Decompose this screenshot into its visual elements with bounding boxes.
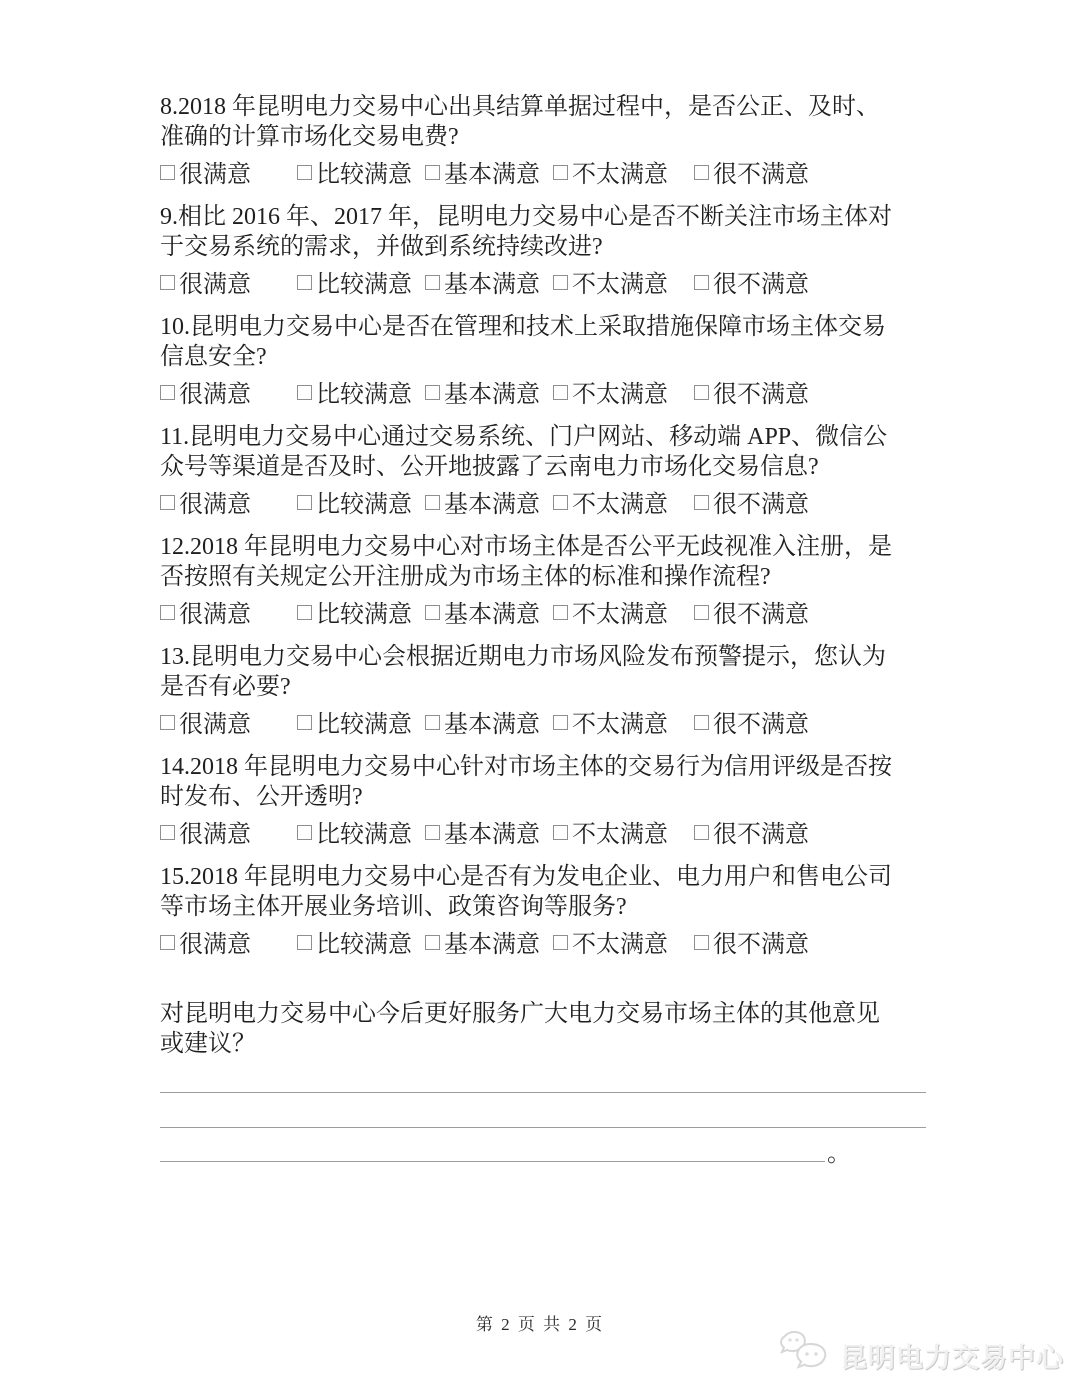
checkbox-icon[interactable] bbox=[297, 935, 312, 950]
option-basically-satisfied[interactable]: 基本满意 bbox=[425, 603, 540, 627]
checkbox-icon[interactable] bbox=[694, 935, 709, 950]
option-basically-satisfied[interactable]: 基本满意 bbox=[425, 933, 540, 957]
checkbox-icon[interactable] bbox=[160, 935, 175, 950]
checkbox-icon[interactable] bbox=[553, 495, 568, 510]
question-text: 11.昆明电力交易中心通过交易系统、门户网站、移动端 APP、微信公 众号等渠道… bbox=[160, 422, 926, 482]
option-very-satisfied[interactable]: 很满意 bbox=[160, 163, 251, 187]
option-very-unsatisfied[interactable]: 很不满意 bbox=[694, 493, 809, 517]
question-text: 15.2018 年昆明电力交易中心是否有为发电企业、电力用户和售电公司 等市场主… bbox=[160, 862, 926, 922]
option-fairly-satisfied[interactable]: 比较满意 bbox=[297, 933, 412, 957]
option-very-satisfied[interactable]: 很满意 bbox=[160, 603, 251, 627]
checkbox-icon[interactable] bbox=[694, 495, 709, 510]
option-label: 很不满意 bbox=[713, 492, 809, 518]
checkbox-icon[interactable] bbox=[160, 605, 175, 620]
option-fairly-satisfied[interactable]: 比较满意 bbox=[297, 713, 412, 737]
question-text: 13.昆明电力交易中心会根据近期电力市场风险发布预警提示，您认为 是否有必要? bbox=[160, 642, 926, 702]
option-label: 不太满意 bbox=[572, 602, 668, 628]
checkbox-icon[interactable] bbox=[297, 825, 312, 840]
option-label: 不太满意 bbox=[572, 932, 668, 958]
survey-content: 8.2018 年昆明电力交易中心出具结算单据过程中，是否公正、及时、 准确的计算… bbox=[160, 92, 926, 1162]
question-block-9: 9.相比 2016 年、2017 年，昆明电力交易中心是否不断关注市场主体对 于… bbox=[160, 202, 926, 297]
checkbox-icon[interactable] bbox=[694, 715, 709, 730]
option-very-unsatisfied[interactable]: 很不满意 bbox=[694, 163, 809, 187]
checkbox-icon[interactable] bbox=[425, 275, 440, 290]
checkbox-icon[interactable] bbox=[694, 605, 709, 620]
option-label: 很不满意 bbox=[713, 382, 809, 408]
question-options: 很满意比较满意基本满意不太满意很不满意 bbox=[160, 933, 926, 957]
checkbox-icon[interactable] bbox=[297, 275, 312, 290]
option-label: 基本满意 bbox=[444, 382, 540, 408]
option-label: 基本满意 bbox=[444, 712, 540, 738]
option-fairly-satisfied[interactable]: 比较满意 bbox=[297, 493, 412, 517]
option-label: 很不满意 bbox=[713, 272, 809, 298]
question-text: 9.相比 2016 年、2017 年，昆明电力交易中心是否不断关注市场主体对 于… bbox=[160, 202, 926, 262]
option-label: 不太满意 bbox=[572, 822, 668, 848]
option-label: 比较满意 bbox=[316, 162, 412, 188]
comments-section: 对昆明电力交易中心今后更好服务广大电力交易市场主体的其他意见 或建议？ 。 bbox=[160, 999, 926, 1162]
option-label: 很满意 bbox=[179, 382, 251, 408]
checkbox-icon[interactable] bbox=[694, 385, 709, 400]
option-label: 基本满意 bbox=[444, 602, 540, 628]
option-not-satisfied[interactable]: 不太满意 bbox=[553, 933, 668, 957]
question-block-11: 11.昆明电力交易中心通过交易系统、门户网站、移动端 APP、微信公 众号等渠道… bbox=[160, 422, 926, 517]
checkbox-icon[interactable] bbox=[553, 385, 568, 400]
option-very-satisfied[interactable]: 很满意 bbox=[160, 933, 251, 957]
question-options: 很满意比较满意基本满意不太满意很不满意 bbox=[160, 273, 926, 297]
checkbox-icon[interactable] bbox=[297, 495, 312, 510]
option-very-unsatisfied[interactable]: 很不满意 bbox=[694, 823, 809, 847]
checkbox-icon[interactable] bbox=[297, 385, 312, 400]
checkbox-icon[interactable] bbox=[553, 825, 568, 840]
option-very-satisfied[interactable]: 很满意 bbox=[160, 493, 251, 517]
checkbox-icon[interactable] bbox=[160, 165, 175, 180]
question-text: 14.2018 年昆明电力交易中心针对市场主体的交易行为信用评级是否按 时发布、… bbox=[160, 752, 926, 812]
checkbox-icon[interactable] bbox=[553, 935, 568, 950]
option-label: 很满意 bbox=[179, 712, 251, 738]
option-not-satisfied[interactable]: 不太满意 bbox=[553, 823, 668, 847]
question-block-14: 14.2018 年昆明电力交易中心针对市场主体的交易行为信用评级是否按 时发布、… bbox=[160, 752, 926, 847]
checkbox-icon[interactable] bbox=[425, 605, 440, 620]
option-label: 基本满意 bbox=[444, 272, 540, 298]
option-very-unsatisfied[interactable]: 很不满意 bbox=[694, 383, 809, 407]
option-very-unsatisfied[interactable]: 很不满意 bbox=[694, 933, 809, 957]
option-basically-satisfied[interactable]: 基本满意 bbox=[425, 383, 540, 407]
question-options: 很满意比较满意基本满意不太满意很不满意 bbox=[160, 713, 926, 737]
checkbox-icon[interactable] bbox=[553, 605, 568, 620]
checkbox-icon[interactable] bbox=[694, 275, 709, 290]
option-label: 基本满意 bbox=[444, 932, 540, 958]
option-fairly-satisfied[interactable]: 比较满意 bbox=[297, 603, 412, 627]
option-fairly-satisfied[interactable]: 比较满意 bbox=[297, 273, 412, 297]
question-text: 10.昆明电力交易中心是否在管理和技术上采取措施保障市场主体交易 信息安全? bbox=[160, 312, 926, 372]
option-not-satisfied[interactable]: 不太满意 bbox=[553, 273, 668, 297]
checkbox-icon[interactable] bbox=[160, 495, 175, 510]
option-very-satisfied[interactable]: 很满意 bbox=[160, 713, 251, 737]
question-text: 8.2018 年昆明电力交易中心出具结算单据过程中，是否公正、及时、 准确的计算… bbox=[160, 92, 926, 152]
option-label: 不太满意 bbox=[572, 162, 668, 188]
wechat-logo-icon bbox=[776, 1328, 834, 1382]
option-very-satisfied[interactable]: 很满意 bbox=[160, 383, 251, 407]
option-label: 比较满意 bbox=[316, 602, 412, 628]
watermark-text: 昆明电力交易中心 bbox=[840, 1336, 1064, 1375]
option-label: 很不满意 bbox=[713, 822, 809, 848]
question-block-8: 8.2018 年昆明电力交易中心出具结算单据过程中，是否公正、及时、 准确的计算… bbox=[160, 92, 926, 187]
option-not-satisfied[interactable]: 不太满意 bbox=[553, 383, 668, 407]
checkbox-icon[interactable] bbox=[297, 165, 312, 180]
checkbox-icon[interactable] bbox=[160, 825, 175, 840]
document-page: 8.2018 年昆明电力交易中心出具结算单据过程中，是否公正、及时、 准确的计算… bbox=[0, 0, 1080, 1397]
option-not-satisfied[interactable]: 不太满意 bbox=[553, 603, 668, 627]
option-label: 比较满意 bbox=[316, 822, 412, 848]
checkbox-icon[interactable] bbox=[425, 385, 440, 400]
comments-prompt: 对昆明电力交易中心今后更好服务广大电力交易市场主体的其他意见 或建议？ bbox=[160, 999, 926, 1059]
option-label: 很满意 bbox=[179, 822, 251, 848]
question-options: 很满意比较满意基本满意不太满意很不满意 bbox=[160, 823, 926, 847]
checkbox-icon[interactable] bbox=[160, 385, 175, 400]
option-basically-satisfied[interactable]: 基本满意 bbox=[425, 493, 540, 517]
option-not-satisfied[interactable]: 不太满意 bbox=[553, 493, 668, 517]
checkbox-icon[interactable] bbox=[425, 165, 440, 180]
option-basically-satisfied[interactable]: 基本满意 bbox=[425, 713, 540, 737]
checkbox-icon[interactable] bbox=[160, 715, 175, 730]
question-options: 很满意比较满意基本满意不太满意很不满意 bbox=[160, 493, 926, 517]
option-basically-satisfied[interactable]: 基本满意 bbox=[425, 823, 540, 847]
question-text: 12.2018 年昆明电力交易中心对市场主体是否公平无歧视准入注册，是 否按照有… bbox=[160, 532, 926, 592]
option-basically-satisfied[interactable]: 基本满意 bbox=[425, 163, 540, 187]
option-label: 基本满意 bbox=[444, 162, 540, 188]
question-block-12: 12.2018 年昆明电力交易中心对市场主体是否公平无歧视准入注册，是 否按照有… bbox=[160, 532, 926, 627]
option-label: 比较满意 bbox=[316, 712, 412, 738]
option-very-unsatisfied[interactable]: 很不满意 bbox=[694, 603, 809, 627]
checkbox-icon[interactable] bbox=[553, 715, 568, 730]
option-not-satisfied[interactable]: 不太满意 bbox=[553, 713, 668, 737]
checkbox-icon[interactable] bbox=[425, 935, 440, 950]
option-label: 很不满意 bbox=[713, 712, 809, 738]
sentence-period: 。 bbox=[827, 1142, 851, 1166]
comments-blanks: 。 bbox=[160, 1070, 926, 1162]
checkbox-icon[interactable] bbox=[297, 715, 312, 730]
option-label: 基本满意 bbox=[444, 492, 540, 518]
option-very-satisfied[interactable]: 很满意 bbox=[160, 273, 251, 297]
option-label: 不太满意 bbox=[572, 272, 668, 298]
option-fairly-satisfied[interactable]: 比较满意 bbox=[297, 823, 412, 847]
comment-blank-line[interactable] bbox=[160, 1093, 926, 1128]
checkbox-icon[interactable] bbox=[694, 825, 709, 840]
checkbox-icon[interactable] bbox=[425, 715, 440, 730]
option-very-unsatisfied[interactable]: 很不满意 bbox=[694, 273, 809, 297]
question-block-13: 13.昆明电力交易中心会根据近期电力市场风险发布预警提示，您认为 是否有必要? … bbox=[160, 642, 926, 737]
option-not-satisfied[interactable]: 不太满意 bbox=[553, 163, 668, 187]
checkbox-icon[interactable] bbox=[694, 165, 709, 180]
question-options: 很满意比较满意基本满意不太满意很不满意 bbox=[160, 163, 926, 187]
question-block-15: 15.2018 年昆明电力交易中心是否有为发电企业、电力用户和售电公司 等市场主… bbox=[160, 862, 926, 957]
option-label: 不太满意 bbox=[572, 712, 668, 738]
question-options: 很满意比较满意基本满意不太满意很不满意 bbox=[160, 603, 926, 627]
option-label: 很满意 bbox=[179, 932, 251, 958]
option-label: 很满意 bbox=[179, 272, 251, 298]
option-label: 不太满意 bbox=[572, 492, 668, 518]
comment-blank-line[interactable] bbox=[160, 1127, 825, 1162]
option-very-satisfied[interactable]: 很满意 bbox=[160, 823, 251, 847]
checkbox-icon[interactable] bbox=[553, 275, 568, 290]
comment-blank-line[interactable] bbox=[160, 1070, 926, 1093]
comment-blank-line-row: 。 bbox=[160, 1128, 926, 1162]
question-block-10: 10.昆明电力交易中心是否在管理和技术上采取措施保障市场主体交易 信息安全? 很… bbox=[160, 312, 926, 407]
option-label: 很不满意 bbox=[713, 602, 809, 628]
option-label: 比较满意 bbox=[316, 932, 412, 958]
option-label: 很满意 bbox=[179, 162, 251, 188]
option-very-unsatisfied[interactable]: 很不满意 bbox=[694, 713, 809, 737]
option-label: 很不满意 bbox=[713, 162, 809, 188]
option-label: 不太满意 bbox=[572, 382, 668, 408]
question-options: 很满意比较满意基本满意不太满意很不满意 bbox=[160, 383, 926, 407]
checkbox-icon[interactable] bbox=[553, 165, 568, 180]
option-label: 很满意 bbox=[179, 492, 251, 518]
watermark: 昆明电力交易中心 bbox=[776, 1328, 1064, 1382]
option-label: 比较满意 bbox=[316, 272, 412, 298]
option-label: 很不满意 bbox=[713, 932, 809, 958]
option-basically-satisfied[interactable]: 基本满意 bbox=[425, 273, 540, 297]
option-fairly-satisfied[interactable]: 比较满意 bbox=[297, 163, 412, 187]
option-label: 比较满意 bbox=[316, 382, 412, 408]
checkbox-icon[interactable] bbox=[425, 495, 440, 510]
option-label: 基本满意 bbox=[444, 822, 540, 848]
checkbox-icon[interactable] bbox=[297, 605, 312, 620]
checkbox-icon[interactable] bbox=[160, 275, 175, 290]
option-label: 很满意 bbox=[179, 602, 251, 628]
option-fairly-satisfied[interactable]: 比较满意 bbox=[297, 383, 412, 407]
option-label: 比较满意 bbox=[316, 492, 412, 518]
checkbox-icon[interactable] bbox=[425, 825, 440, 840]
